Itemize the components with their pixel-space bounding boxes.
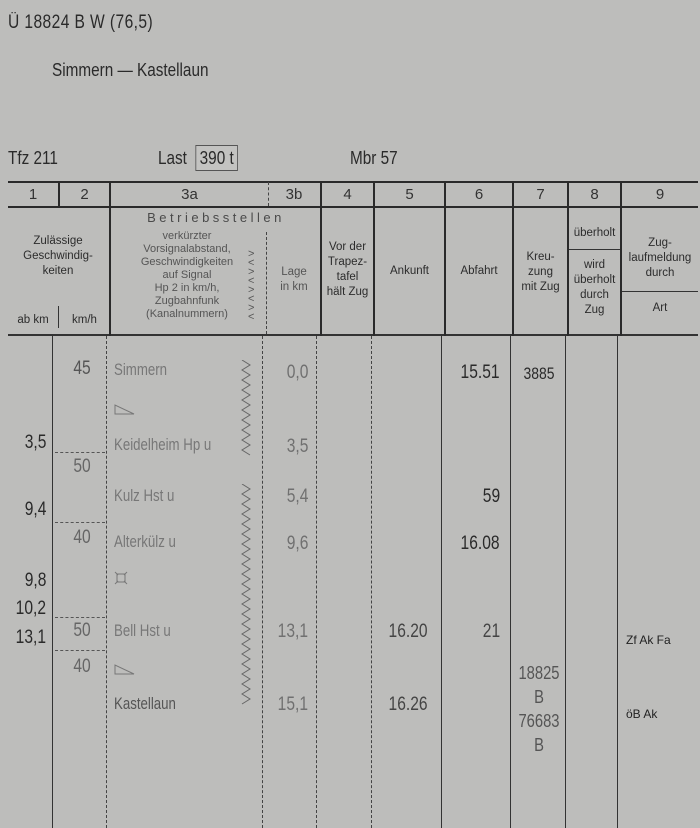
col8-line: überholt (569, 273, 620, 288)
col8-bottom: wird überholt durch Zug (569, 258, 620, 318)
col4-title: Vor der Trapez- tafel hält Zug (322, 240, 373, 300)
ankunft: 16.20 (389, 621, 428, 643)
level-crossing-icon (114, 571, 128, 585)
col12-title-text: Zulässige Geschwindig-keiten (18, 234, 98, 279)
last-value-box: 390 t (195, 145, 238, 171)
ab-km: 13,1 (16, 627, 46, 649)
col1-sub: ab km (8, 313, 58, 328)
body-sep-3b (316, 336, 317, 828)
col4-line: Trapez- (322, 255, 373, 270)
kmh: 40 (64, 527, 100, 549)
body-sep-4 (371, 336, 372, 828)
col3a-line: Geschwindigkeiten (112, 256, 262, 269)
sep (444, 182, 446, 336)
col8-line: Zug (569, 303, 620, 318)
col7-line: mit Zug (514, 280, 567, 295)
speed-change-line (55, 452, 105, 454)
body-sep-1 (52, 336, 53, 828)
zigzag-icon: ><><><>< (248, 250, 260, 322)
abfahrt: 21 (483, 621, 500, 643)
body-sep-5 (441, 336, 442, 828)
speed-change-line (55, 650, 105, 652)
body-sep-8 (617, 336, 618, 828)
kreuzung-line: B (518, 733, 561, 757)
col7-line: Kreu- (514, 250, 567, 265)
tfz-label: Tfz 211 (8, 148, 58, 169)
kreuzung: 3885 (518, 364, 561, 384)
col3b-line: in km (268, 280, 320, 295)
col3a-line: verkürzter (112, 230, 262, 243)
zigzag-radio-icon (240, 360, 252, 460)
col9-divider (622, 291, 698, 292)
meldung: öB Ak (626, 707, 657, 721)
lage-km: 15,1 (278, 694, 308, 716)
speed-change-line (55, 522, 105, 524)
ankunft: 16.26 (389, 694, 428, 716)
colnum-3a: 3a (111, 186, 268, 203)
station-keidelheim: Keidelheim Hp u (114, 435, 211, 455)
colnum-6: 6 (446, 186, 512, 203)
col4-line: tafel (322, 270, 373, 285)
col9-bottom: Art (622, 301, 698, 316)
header-bottom-rule (8, 334, 698, 336)
col3b-title: Lage in km (268, 265, 320, 295)
colnum-8: 8 (569, 186, 620, 203)
col7-line: zung (514, 265, 567, 280)
col8-line: durch (569, 288, 620, 303)
colnum-5: 5 (375, 186, 444, 203)
last-label: Last390 t (158, 148, 238, 169)
abfahrt: 15.51 (461, 362, 500, 384)
station-simmern: Simmern (114, 360, 167, 380)
col3a-line: auf Signal (112, 269, 262, 282)
lage-km: 5,4 (286, 486, 308, 508)
body-sep-6 (510, 336, 511, 828)
col3b-line: Lage (268, 265, 320, 280)
route-title: Simmern — Kastellaun (52, 60, 208, 81)
station-kastellaun: Kastellaun (114, 694, 176, 714)
sep (373, 182, 375, 336)
meldung: Zf Ak Fa (626, 633, 671, 647)
station-kulz: Kulz Hst u (114, 486, 174, 506)
lage-km: 9,6 (286, 533, 308, 555)
mbr-label: Mbr 57 (350, 148, 398, 169)
body-sep-7 (565, 336, 566, 828)
col6-title: Abfahrt (446, 264, 512, 279)
speed-change-line (55, 617, 105, 619)
kreuzung-line: 76683 (518, 709, 561, 733)
table-top-rule (8, 181, 698, 183)
kmh: 40 (64, 656, 100, 678)
col3a-sub: verkürzter Vorsignalabstand, Geschwindig… (112, 230, 262, 321)
col7-title: Kreu- zung mit Zug (514, 250, 567, 295)
col8-line: wird (569, 258, 620, 273)
col9-top: Zug- laufmeldung durch (622, 236, 698, 281)
train-number: Ü 18824 B W (76,5) (8, 12, 153, 34)
colnum-2: 2 (60, 186, 109, 203)
col3a-line: Hp 2 in km/h, (112, 282, 262, 295)
col9-line: laufmeldung (622, 251, 698, 266)
station-bell: Bell Hst u (114, 621, 171, 641)
sep (58, 306, 59, 328)
kreuzung-line: 18825 (518, 661, 561, 685)
kreuzung-line: B (518, 685, 561, 709)
ab-km: 9,4 (24, 499, 46, 521)
body-sep-3a (262, 336, 263, 828)
ab-km: 9,8 (24, 570, 46, 592)
sep (109, 182, 111, 336)
col4-line: Vor der (322, 240, 373, 255)
kmh: 50 (64, 620, 100, 642)
colnum-4: 4 (322, 186, 373, 203)
kmh: 50 (64, 456, 100, 478)
kmh: 45 (64, 358, 100, 380)
colnum-1: 1 (8, 186, 58, 203)
col2-sub: km/h (60, 313, 109, 328)
colnum-rule (8, 206, 698, 208)
colnum-3b: 3b (268, 186, 320, 203)
abfahrt: 59 (483, 486, 500, 508)
col3a-line: Zugbahnfunk (112, 295, 262, 308)
col12-title: Zulässige Geschwindig-keiten (8, 234, 108, 279)
col8-divider (569, 249, 620, 250)
col3a-line: Vorsignalabstand, (112, 243, 262, 256)
col3a-line: (Kanalnummern) (112, 308, 262, 321)
kreuzung-kastellaun: 18825 B 76683 B (518, 661, 561, 757)
station-alterkulz: Alterkülz u (114, 532, 176, 552)
ab-km: 10,2 (16, 598, 46, 620)
ab-km: 3,5 (24, 432, 46, 454)
lage-km: 13,1 (278, 621, 308, 643)
colnum-9: 9 (622, 186, 698, 203)
sep (266, 232, 267, 334)
col8-top: überholt (569, 226, 620, 241)
lage-km: 3,5 (286, 436, 308, 458)
col3a-title: Betriebsstellen (112, 210, 320, 225)
col9-line: Zug- (622, 236, 698, 251)
col5-title: Ankunft (375, 264, 444, 279)
col4-line: hält Zug (322, 285, 373, 300)
body-sep-2 (106, 336, 107, 828)
abfahrt: 16.08 (461, 533, 500, 555)
colnum-7: 7 (514, 186, 567, 203)
lage-km: 0,0 (286, 362, 308, 384)
col9-line: durch (622, 266, 698, 281)
last-text: Last (158, 148, 187, 168)
triangle-vorsignal-icon (114, 404, 136, 416)
zigzag-radio-icon (240, 484, 252, 714)
triangle-vorsignal-icon (114, 664, 136, 676)
